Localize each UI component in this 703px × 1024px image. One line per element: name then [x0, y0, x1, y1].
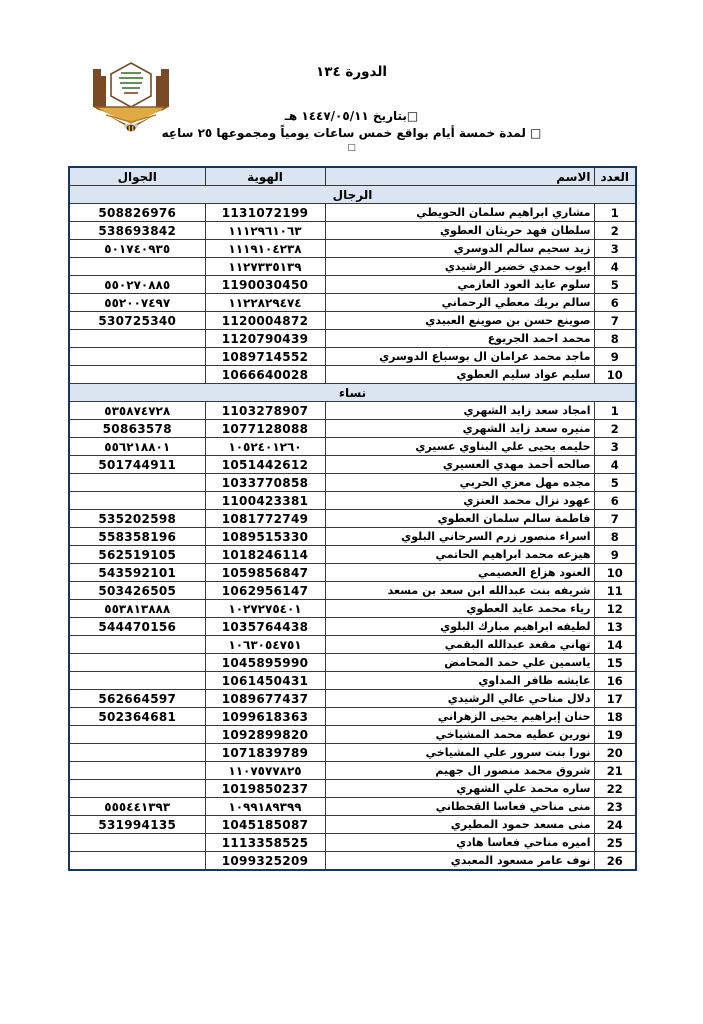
mobile-cell [69, 330, 205, 348]
row-number-cell: 11 [594, 582, 636, 600]
mobile-cell: 535202598 [69, 510, 205, 528]
id-cell: 1061450431 [205, 672, 325, 690]
row-number-cell: 9 [594, 546, 636, 564]
table-row: 6سالم بريك معطي الرحماني١١٢٢٨٢٩٤٧٤٥٥٢٠٠٧… [69, 294, 636, 312]
name-cell: منى مسعد حمود المطيري [325, 816, 594, 834]
mobile-cell [69, 744, 205, 762]
name-cell: حليمه يحيى علي البناوي عسيري [325, 438, 594, 456]
row-number-cell: 21 [594, 762, 636, 780]
id-cell: 1071839789 [205, 744, 325, 762]
id-cell: 1120790439 [205, 330, 325, 348]
row-number-cell: 16 [594, 672, 636, 690]
mobile-cell: ٥٥٣٨١٣٨٨٨ [69, 600, 205, 618]
mobile-cell: 502364681 [69, 708, 205, 726]
name-cell: لطيفه ابراهيم مبارك البلوي [325, 618, 594, 636]
mobile-cell: 50863578 [69, 420, 205, 438]
header-dates: □بتاريخ ١٤٤٧/٠٥/١١ هـ □ لمدة خمسة أيام ب… [0, 108, 703, 154]
mobile-cell: 531994135 [69, 816, 205, 834]
id-cell: 1099325209 [205, 852, 325, 871]
row-number-cell: 26 [594, 852, 636, 871]
name-cell: حنان إبراهيم يحيى الزهراني [325, 708, 594, 726]
table-row: 1مشاري ابراهيم سلمان الحويطي113107219950… [69, 204, 636, 222]
name-cell: نورا بنت سرور علي المشياخي [325, 744, 594, 762]
id-cell: 1051442612 [205, 456, 325, 474]
id-cell: ١٠٩٩١٨٩٣٩٩ [205, 798, 325, 816]
duration-line: □ لمدة خمسة أيام بواقع خمس ساعات يومياً … [0, 125, 703, 142]
name-cell: شروق محمد منصور ال جهيم [325, 762, 594, 780]
row-number-cell: 3 [594, 438, 636, 456]
table-row: 17دلال مناحي عالي الرشيدي108967743756266… [69, 690, 636, 708]
col-header-mobile: الجوال [69, 167, 205, 186]
mobile-cell: 562664597 [69, 690, 205, 708]
name-cell: العنود هزاع العصيمي [325, 564, 594, 582]
row-number-cell: 2 [594, 420, 636, 438]
id-cell: 1100423381 [205, 492, 325, 510]
row-number-cell: 8 [594, 330, 636, 348]
section-header-row: نساء [69, 384, 636, 402]
id-cell: 1019850237 [205, 780, 325, 798]
row-number-cell: 3 [594, 240, 636, 258]
id-cell: 1092899820 [205, 726, 325, 744]
table-row: 24منى مسعد حمود المطيري10451850875319941… [69, 816, 636, 834]
id-cell: 1045895990 [205, 654, 325, 672]
mobile-cell [69, 726, 205, 744]
table-row: 21شروق محمد منصور ال جهيم١١٠٧٥٧٧٨٢٥ [69, 762, 636, 780]
mobile-cell: ٥٥٥٤٤١٣٩٣ [69, 798, 205, 816]
name-cell: رياء محمد عايد العطوي [325, 600, 594, 618]
row-number-cell: 7 [594, 312, 636, 330]
name-cell: مجده مهل معزي الحربي [325, 474, 594, 492]
mobile-cell [69, 258, 205, 276]
mobile-cell: 544470156 [69, 618, 205, 636]
id-cell: ١٠٦٣٠٥٤٧٥١ [205, 636, 325, 654]
row-number-cell: 1 [594, 204, 636, 222]
mobile-cell: ٥٥٠٢٧٠٨٨٥ [69, 276, 205, 294]
table-row: 6عهود نزال محمد العنزي1100423381 [69, 492, 636, 510]
row-number-cell: 15 [594, 654, 636, 672]
id-cell: ١١١٢٩٦١٠٦٣ [205, 222, 325, 240]
row-number-cell: 4 [594, 456, 636, 474]
name-cell: ايوب حمدي خضير الرشيدي [325, 258, 594, 276]
name-cell: منيره سعد زايد الشهري [325, 420, 594, 438]
table-row: 18حنان إبراهيم يحيى الزهراني109961836350… [69, 708, 636, 726]
table-row: 10سليم عواد سليم العطوي1066640028 [69, 366, 636, 384]
name-cell: سلوم عايد العود العازمي [325, 276, 594, 294]
mobile-cell: ٥٠١٧٤٠٩٣٥ [69, 240, 205, 258]
table-row: 10العنود هزاع العصيمي1059856847543592101 [69, 564, 636, 582]
table-row: 13لطيفه ابراهيم مبارك البلوي103576443854… [69, 618, 636, 636]
name-cell: زيد سحيم سالم الدوسري [325, 240, 594, 258]
table-row: 16عايشه ظافر المداوي1061450431 [69, 672, 636, 690]
mobile-cell [69, 852, 205, 871]
name-cell: امجاد سعد زايد الشهري [325, 402, 594, 420]
mobile-cell: ٥٥٦٢١٨٨٠١ [69, 438, 205, 456]
row-number-cell: 6 [594, 492, 636, 510]
mobile-cell: 508826976 [69, 204, 205, 222]
table-row: 9هيزعه محمد ابراهيم الحاتمي1018246114562… [69, 546, 636, 564]
row-number-cell: 10 [594, 366, 636, 384]
table-row: 19نورين عطيه محمد المشياخي1092899820 [69, 726, 636, 744]
missing-glyph-box: □ [0, 143, 703, 154]
table-row: 20نورا بنت سرور علي المشياخي1071839789 [69, 744, 636, 762]
table-row: 4صالحه أحمد مهدي العسيري1051442612501744… [69, 456, 636, 474]
row-number-cell: 23 [594, 798, 636, 816]
table-row: 7صوينع حسن بن صوينع العبيدي1120004872530… [69, 312, 636, 330]
mobile-cell [69, 780, 205, 798]
id-cell: ١١٢٢٨٢٩٤٧٤ [205, 294, 325, 312]
mobile-cell: 538693842 [69, 222, 205, 240]
row-number-cell: 4 [594, 258, 636, 276]
table-header-row: العدد الاسم الهوية الجوال [69, 167, 636, 186]
table-row: 4ايوب حمدي خضير الرشيدي١١٢٧٣٣٥١٣٩ [69, 258, 636, 276]
mobile-cell [69, 348, 205, 366]
mobile-cell: 543592101 [69, 564, 205, 582]
row-number-cell: 13 [594, 618, 636, 636]
id-cell: 1045185087 [205, 816, 325, 834]
roster-table: العدد الاسم الهوية الجوال الرجال1مشاري ا… [68, 166, 637, 871]
table-row: 23منى مناحي فعاسا القحطاني١٠٩٩١٨٩٣٩٩٥٥٥٤… [69, 798, 636, 816]
mobile-cell: 530725340 [69, 312, 205, 330]
row-number-cell: 14 [594, 636, 636, 654]
id-cell: 1089714552 [205, 348, 325, 366]
section-label: الرجال [69, 186, 636, 204]
name-cell: سلطان فهد حريثان العطوي [325, 222, 594, 240]
id-cell: 1062956147 [205, 582, 325, 600]
row-number-cell: 22 [594, 780, 636, 798]
table-row: 22ساره محمد علي الشهري1019850237 [69, 780, 636, 798]
name-cell: ياسمين علي حمد المحامض [325, 654, 594, 672]
mobile-cell [69, 636, 205, 654]
id-cell: 1035764438 [205, 618, 325, 636]
name-cell: نورين عطيه محمد المشياخي [325, 726, 594, 744]
row-number-cell: 5 [594, 474, 636, 492]
id-cell: 1190030450 [205, 276, 325, 294]
col-header-number: العدد [594, 167, 636, 186]
row-number-cell: 1 [594, 402, 636, 420]
name-cell: صوينع حسن بن صوينع العبيدي [325, 312, 594, 330]
name-cell: صالحه أحمد مهدي العسيري [325, 456, 594, 474]
row-number-cell: 24 [594, 816, 636, 834]
id-cell: ١١١٩١٠٤٢٣٨ [205, 240, 325, 258]
id-cell: 1089515330 [205, 528, 325, 546]
name-cell: منى مناحي فعاسا القحطاني [325, 798, 594, 816]
mobile-cell [69, 672, 205, 690]
mobile-cell: 501744911 [69, 456, 205, 474]
mobile-cell [69, 762, 205, 780]
mobile-cell: ٥٣٥٨٧٤٧٢٨ [69, 402, 205, 420]
name-cell: اسراء منصور زرم السرحاني البلوي [325, 528, 594, 546]
table-row: 14تهاني مقعد عبدالله البقمي١٠٦٣٠٥٤٧٥١ [69, 636, 636, 654]
table-row: 5مجده مهل معزي الحربي1033770858 [69, 474, 636, 492]
id-cell: 1120004872 [205, 312, 325, 330]
id-cell: 1103278907 [205, 402, 325, 420]
table-row: 8اسراء منصور زرم السرحاني البلوي10895153… [69, 528, 636, 546]
id-cell: 1077128088 [205, 420, 325, 438]
id-cell: 1081772749 [205, 510, 325, 528]
name-cell: شريفه بنت عبدالله ابن سعد بن مسعد [325, 582, 594, 600]
table-row: 25اميره مناحي فعاسا هادي1113358525 [69, 834, 636, 852]
row-number-cell: 5 [594, 276, 636, 294]
table-row: 7فاطمة سالم سلمان العطوي1081772749535202… [69, 510, 636, 528]
section-label: نساء [69, 384, 636, 402]
table-row: 5سلوم عايد العود العازمي1190030450٥٥٠٢٧٠… [69, 276, 636, 294]
name-cell: محمد احمد الجريوع [325, 330, 594, 348]
id-cell: ١٠٢٧٢٧٥٤٠١ [205, 600, 325, 618]
table-row: 2منيره سعد زايد الشهري107712808850863578 [69, 420, 636, 438]
section-header-row: الرجال [69, 186, 636, 204]
table-row: 3زيد سحيم سالم الدوسري١١١٩١٠٤٢٣٨٥٠١٧٤٠٩٣… [69, 240, 636, 258]
name-cell: عايشه ظافر المداوي [325, 672, 594, 690]
table-row: 12رياء محمد عايد العطوي١٠٢٧٢٧٥٤٠١٥٥٣٨١٣٨… [69, 600, 636, 618]
row-number-cell: 19 [594, 726, 636, 744]
row-number-cell: 18 [594, 708, 636, 726]
mobile-cell [69, 492, 205, 510]
row-number-cell: 8 [594, 528, 636, 546]
id-cell: ١١٠٧٥٧٧٨٢٥ [205, 762, 325, 780]
name-cell: ساره محمد علي الشهري [325, 780, 594, 798]
id-cell: 1059856847 [205, 564, 325, 582]
roster-table-body: الرجال1مشاري ابراهيم سلمان الحويطي113107… [69, 186, 636, 871]
id-cell: 1113358525 [205, 834, 325, 852]
table-row: 11شريفه بنت عبدالله ابن سعد بن مسعد10629… [69, 582, 636, 600]
mobile-cell: 562519105 [69, 546, 205, 564]
document-page: الدورة ١٣٤ □بتاريخ ١٤٤٧/٠٥/١١ هـ □ لمدة … [0, 0, 703, 1024]
table-row: 8محمد احمد الجريوع1120790439 [69, 330, 636, 348]
id-cell: 1099618363 [205, 708, 325, 726]
name-cell: مشاري ابراهيم سلمان الحويطي [325, 204, 594, 222]
id-cell: 1066640028 [205, 366, 325, 384]
name-cell: سالم بريك معطي الرحماني [325, 294, 594, 312]
name-cell: نوف عامر مسعود المعبدي [325, 852, 594, 871]
table-row: 15ياسمين علي حمد المحامض1045895990 [69, 654, 636, 672]
name-cell: فاطمة سالم سلمان العطوي [325, 510, 594, 528]
table-row: 26نوف عامر مسعود المعبدي1099325209 [69, 852, 636, 871]
name-cell: ماجد محمد عرامان ال بوسباع الدوسري [325, 348, 594, 366]
col-header-name: الاسم [325, 167, 594, 186]
id-cell: ١٠٥٢٤٠١٢٦٠ [205, 438, 325, 456]
name-cell: سليم عواد سليم العطوي [325, 366, 594, 384]
row-number-cell: 6 [594, 294, 636, 312]
name-cell: دلال مناحي عالي الرشيدي [325, 690, 594, 708]
page-title: الدورة ١٣٤ [0, 64, 703, 80]
mobile-cell [69, 834, 205, 852]
name-cell: اميره مناحي فعاسا هادي [325, 834, 594, 852]
mobile-cell [69, 366, 205, 384]
name-cell: عهود نزال محمد العنزي [325, 492, 594, 510]
row-number-cell: 7 [594, 510, 636, 528]
id-cell: 1033770858 [205, 474, 325, 492]
row-number-cell: 20 [594, 744, 636, 762]
id-cell: ١١٢٧٣٣٥١٣٩ [205, 258, 325, 276]
mobile-cell: 558358196 [69, 528, 205, 546]
mobile-cell: 503426505 [69, 582, 205, 600]
row-number-cell: 2 [594, 222, 636, 240]
row-number-cell: 25 [594, 834, 636, 852]
row-number-cell: 9 [594, 348, 636, 366]
id-cell: 1131072199 [205, 204, 325, 222]
mobile-cell: ٥٥٢٠٠٧٤٩٧ [69, 294, 205, 312]
table-row: 2سلطان فهد حريثان العطوي١١١٢٩٦١٠٦٣538693… [69, 222, 636, 240]
id-cell: 1018246114 [205, 546, 325, 564]
name-cell: هيزعه محمد ابراهيم الحاتمي [325, 546, 594, 564]
table-row: 1امجاد سعد زايد الشهري1103278907٥٣٥٨٧٤٧٢… [69, 402, 636, 420]
row-number-cell: 17 [594, 690, 636, 708]
row-number-cell: 10 [594, 564, 636, 582]
col-header-id: الهوية [205, 167, 325, 186]
date-line: □بتاريخ ١٤٤٧/٠٥/١١ هـ [0, 108, 703, 125]
table-row: 9ماجد محمد عرامان ال بوسباع الدوسري10897… [69, 348, 636, 366]
table-row: 3حليمه يحيى علي البناوي عسيري١٠٥٢٤٠١٢٦٠٥… [69, 438, 636, 456]
id-cell: 1089677437 [205, 690, 325, 708]
name-cell: تهاني مقعد عبدالله البقمي [325, 636, 594, 654]
mobile-cell [69, 474, 205, 492]
row-number-cell: 12 [594, 600, 636, 618]
mobile-cell [69, 654, 205, 672]
